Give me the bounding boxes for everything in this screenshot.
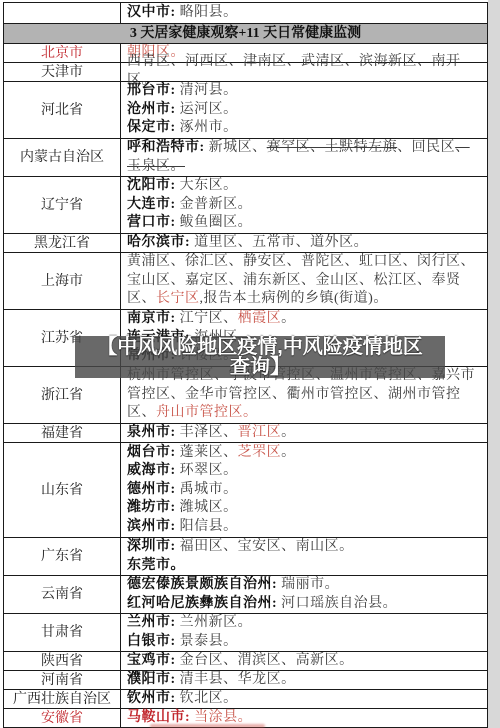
districts-cell: 沈阳市: 大东区。大连市: 金普新区。营口市: 鲅鱼圈区。 <box>121 177 487 233</box>
districts-cell: 黄浦区、徐汇区、静安区、普陀区、虹口区、闵行区、宝山区、嘉定区、浦东新区、金山区… <box>121 253 487 309</box>
region-text: 金普新区。 <box>176 197 253 212</box>
districts-cell: 烟台市: 蓬莱区、芝罘区。威海市: 环翠区。德州市: 禹城市。潍坊市: 潍城区。… <box>121 444 487 537</box>
districts-cell: 呼和浩特市: 新城区、赛罕区、土默特左旗、回民区、玉泉区。 <box>121 139 487 176</box>
province-cell: 甘肃省 <box>4 614 121 651</box>
region-text: 兰州新区。 <box>176 615 253 630</box>
region-text: ,报告本土病例的乡镇(街道)。 <box>200 291 388 306</box>
districts-cell: 濮阳市: 清丰县、华龙区。 <box>121 671 487 690</box>
region-line: 大连市: 金普新区。 <box>127 196 484 215</box>
table-row: 内蒙古自治区呼和浩特市: 新城区、赛罕区、土默特左旗、回民区、玉泉区。 <box>4 139 487 177</box>
region-text: 沈阳市: <box>127 178 176 193</box>
region-line: 黄浦区、徐汇区、静安区、普陀区、虹口区、闵行区、宝山区、嘉定区、浦东新区、金山区… <box>127 253 484 309</box>
region-text: 道里区、五常市、道外区。 <box>190 235 368 250</box>
region-line: 德州市: 禹城市。 <box>127 481 484 500</box>
region-line: 白银市: 景泰县。 <box>127 633 484 652</box>
region-text: 当涂县。 <box>190 710 252 725</box>
region-text: 德宏傣族景颇族自治州: <box>127 577 277 592</box>
province-cell: 北京市 <box>4 44 121 62</box>
page: { "colors": { "r": "#c1272d", "r2": "#c9… <box>0 0 500 728</box>
region-text: 鲅鱼圈区。 <box>176 215 253 230</box>
region-line: 烟台市: 蓬莱区、芝罘区。 <box>127 444 484 463</box>
region-text: 德州市: <box>127 482 176 497</box>
region-text: 。 <box>281 425 296 440</box>
province-cell: 云南省 <box>4 576 121 613</box>
region-text: 大东区。 <box>176 178 238 193</box>
table-row: 陕西省宝鸡市: 金台区、渭滨区、高新区。 <box>4 652 487 671</box>
region-text: 。 <box>281 445 296 460</box>
region-text: 芝罘区 <box>238 445 282 460</box>
region-line: 宝鸡市: 金台区、渭滨区、高新区。 <box>127 652 484 671</box>
table-row: 天津市西青区、河西区、津南区、武清区、滨海新区、南开区。 <box>4 63 487 82</box>
cutoff-text-fragment <box>150 724 265 728</box>
region-line: 沈阳市: 大东区。 <box>127 177 484 196</box>
table-row: 河南省濮阳市: 清丰县、华龙区。 <box>4 671 487 690</box>
region-text: 、回民区 <box>397 140 455 155</box>
region-text: 马鞍山市: <box>127 710 190 725</box>
table-row: 福建省泉州市: 丰泽区、晋江区。 <box>4 424 487 443</box>
region-text: 。 <box>281 311 296 326</box>
region-text: 环翠区。 <box>176 463 238 478</box>
province-cell: 黑龙江省 <box>4 234 121 252</box>
region-line: 邢台市: 清河县。 <box>127 82 484 101</box>
province-cell: 安徽省 <box>4 709 121 727</box>
region-line: 德宏傣族景颇族自治州: 瑞丽市。 <box>127 576 484 595</box>
region-text: 涿州市。 <box>176 120 238 135</box>
table-row: 云南省德宏傣族景颇族自治州: 瑞丽市。红河哈尼族彝族自治州: 河口瑶族自治县。 <box>4 576 487 614</box>
region-text: 钦州市: <box>127 691 176 706</box>
province-cell: 上海市 <box>4 253 121 309</box>
region-text: 南京市: <box>127 311 176 326</box>
province-cell: 河南省 <box>4 671 121 689</box>
region-text: 潍坊市: <box>127 500 176 515</box>
region-text: 略阳县。 <box>176 5 238 20</box>
districts-cell: 德宏傣族景颇族自治州: 瑞丽市。红河哈尼族彝族自治州: 河口瑶族自治县。 <box>121 576 487 613</box>
region-text: 栖霞区 <box>238 311 282 326</box>
region-text: 威海市: <box>127 463 176 478</box>
region-line: 滨州市: 阳信县。 <box>127 518 484 537</box>
region-text: 钦北区。 <box>176 691 238 706</box>
region-line: 濮阳市: 清丰县、华龙区。 <box>127 671 484 690</box>
table-row: 广西壮族自治区钦州市: 钦北区。 <box>4 690 487 709</box>
region-text: 东莞市。 <box>127 558 185 573</box>
region-text: 河口瑶族自治县。 <box>277 596 397 611</box>
region-text: 清河县。 <box>176 83 238 98</box>
region-text: 潍城区。 <box>176 500 238 515</box>
province-cell: 内蒙古自治区 <box>4 139 121 176</box>
region-line: 呼和浩特市: 新城区、赛罕区、土默特左旗、回民区、玉泉区。 <box>127 139 484 176</box>
region-text: 舟山市管控区。 <box>156 405 258 420</box>
region-text: 红河哈尼族彝族自治州: <box>127 596 277 611</box>
page-edge-strip <box>488 0 500 728</box>
region-line: 潍坊市: 潍城区。 <box>127 499 484 518</box>
region-text: 宝鸡市: <box>127 653 176 668</box>
region-text: 泉州市: <box>127 425 176 440</box>
region-line: 威海市: 环翠区。 <box>127 462 484 481</box>
districts-cell: 深圳市: 福田区、宝安区、南山区。东莞市。 <box>121 538 487 575</box>
districts-cell: 汉中市: 略阳县。 <box>121 4 487 23</box>
region-text: 烟台市: <box>127 445 176 460</box>
watermark-overlay: 【中风风险地区疫情,中风险疫情地区 查询】 <box>75 336 445 378</box>
region-text: 新城区、 <box>205 140 267 155</box>
region-text: 运河区。 <box>176 102 238 117</box>
observation-policy-band: 3 天居家健康观察+11 天日常健康监测 <box>4 24 487 44</box>
districts-cell: 泉州市: 丰泽区、晋江区。 <box>121 424 487 443</box>
region-text: 晋江区 <box>238 425 282 440</box>
watermark-line-2: 查询】 <box>230 357 290 377</box>
table-row: 山东省烟台市: 蓬莱区、芝罘区。威海市: 环翠区。德州市: 禹城市。潍坊市: 潍… <box>4 443 487 538</box>
districts-cell: 兰州市: 兰州新区。白银市: 景泰县。 <box>121 614 487 651</box>
region-text: 长宁区 <box>156 291 200 306</box>
districts-cell: 钦州市: 钦北区。 <box>121 690 487 709</box>
region-text: 景泰县。 <box>176 634 238 649</box>
region-text: 丰泽区、 <box>176 425 238 440</box>
region-text: 保定市: <box>127 120 176 135</box>
region-line: 红河哈尼族彝族自治州: 河口瑶族自治县。 <box>127 595 484 614</box>
region-text: 营口市: <box>127 215 176 230</box>
region-text: 瑞丽市。 <box>277 577 339 592</box>
province-cell: 陕西省 <box>4 652 121 670</box>
region-line: 兰州市: 兰州新区。 <box>127 614 484 633</box>
table-row: 辽宁省沈阳市: 大东区。大连市: 金普新区。营口市: 鲅鱼圈区。 <box>4 177 487 234</box>
region-line: 深圳市: 福田区、宝安区、南山区。 <box>127 538 484 557</box>
districts-cell: 邢台市: 清河县。沧州市: 运河区。保定市: 涿州市。 <box>121 82 487 138</box>
region-line: 汉中市: 略阳县。 <box>127 4 484 23</box>
table-row: 汉中市: 略阳县。 <box>4 3 487 24</box>
region-text: 深圳市: <box>127 539 176 554</box>
districts-cell: 宝鸡市: 金台区、渭滨区、高新区。 <box>121 652 487 671</box>
province-cell: 天津市 <box>4 63 121 81</box>
region-line: 营口市: 鲅鱼圈区。 <box>127 214 484 233</box>
region-text: 大连市: <box>127 197 176 212</box>
region-line: 泉州市: 丰泽区、晋江区。 <box>127 424 484 443</box>
region-text: 滨州市: <box>127 519 176 534</box>
region-text: 金台区、渭滨区、高新区。 <box>176 653 354 668</box>
region-text: 阳信县。 <box>176 519 238 534</box>
region-text: 邢台市: <box>127 83 176 98</box>
region-text: 兰州市: <box>127 615 176 630</box>
region-text: 呼和浩特市: <box>127 140 205 155</box>
province-cell: 辽宁省 <box>4 177 121 233</box>
region-text: 赛罕区、土默特左旗 <box>267 140 398 155</box>
region-text: 蓬莱区、 <box>176 445 238 460</box>
region-text: 清丰县、华龙区。 <box>176 672 296 687</box>
province-cell: 广西壮族自治区 <box>4 690 121 708</box>
region-text: 江宁区、 <box>176 311 238 326</box>
region-text: 汉中市: <box>127 5 176 20</box>
region-line: 钦州市: 钦北区。 <box>127 690 484 709</box>
table-row: 甘肃省兰州市: 兰州新区。白银市: 景泰县。 <box>4 614 487 652</box>
province-cell: 山东省 <box>4 443 121 537</box>
province-cell <box>4 3 121 23</box>
province-cell: 福建省 <box>4 424 121 442</box>
watermark-line-1: 【中风风险地区疫情,中风险疫情地区 <box>97 337 423 357</box>
table-row: 河北省邢台市: 清河县。沧州市: 运河区。保定市: 涿州市。 <box>4 82 487 139</box>
region-text: 沧州市: <box>127 102 176 117</box>
region-line: 保定市: 涿州市。 <box>127 119 484 138</box>
region-text: 禹城市。 <box>176 482 238 497</box>
districts-cell: 哈尔滨市: 道里区、五常市、道外区。 <box>121 234 487 253</box>
table-row: 广东省深圳市: 福田区、宝安区、南山区。东莞市。 <box>4 538 487 576</box>
region-line: 哈尔滨市: 道里区、五常市、道外区。 <box>127 234 484 253</box>
region-text: 哈尔滨市: <box>127 235 190 250</box>
province-cell: 广东省 <box>4 538 121 575</box>
table-row: 黑龙江省哈尔滨市: 道里区、五常市、道外区。 <box>4 234 487 253</box>
region-line: 沧州市: 运河区。 <box>127 101 484 120</box>
table-row: 上海市黄浦区、徐汇区、静安区、普陀区、虹口区、闵行区、宝山区、嘉定区、浦东新区、… <box>4 253 487 310</box>
region-text: 濮阳市: <box>127 672 176 687</box>
region-line: 东莞市。 <box>127 557 484 576</box>
region-text: 白银市: <box>127 634 176 649</box>
province-cell: 河北省 <box>4 82 121 138</box>
region-line: 南京市: 江宁区、栖霞区。 <box>127 310 484 329</box>
region-text: 福田区、宝安区、南山区。 <box>176 539 354 554</box>
